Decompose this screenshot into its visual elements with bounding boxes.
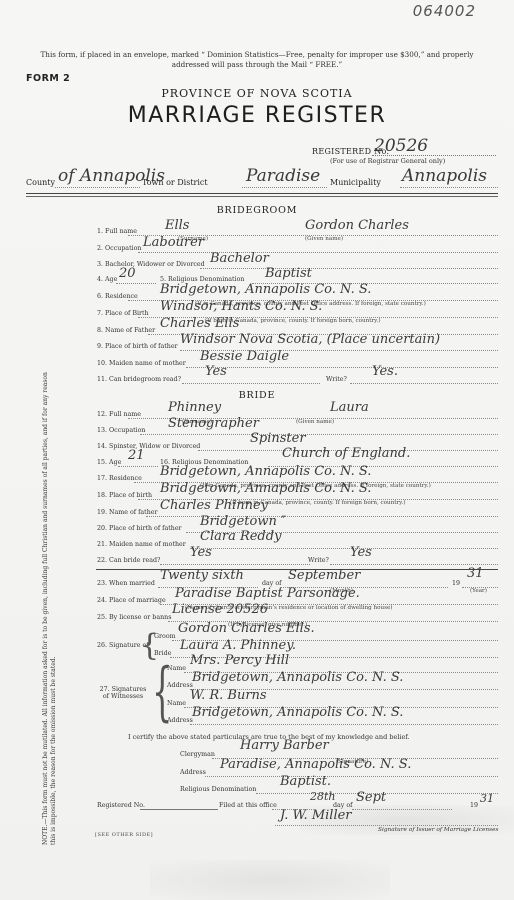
clergyman-value[interactable]: Harry Barber [240, 738, 329, 753]
clergy-denomination-value[interactable]: Baptist. [280, 774, 331, 789]
witness-2-name-value[interactable]: W. R. Burns [190, 688, 267, 703]
witness-2-name-label: Name [167, 700, 186, 707]
groom-occupation-value[interactable]: Labourer [143, 235, 204, 250]
section-heading-bridegroom: BRIDEGROOM [0, 205, 514, 216]
groom-age-label: 4. Age [97, 276, 117, 283]
groom-can-read-label: 11. Can bridegroom read? [97, 376, 181, 383]
groom-can-write-value[interactable]: Yes. [372, 364, 398, 379]
groom-signature-label: Groom [154, 633, 176, 640]
groom-signature-value[interactable]: Gordon Charles Ells. [178, 621, 315, 636]
year-value[interactable]: 31 [467, 566, 484, 581]
witness-2-address-value[interactable]: Bridgetown, Annapolis Co. N. S. [192, 705, 403, 720]
groom-occupation-line [138, 252, 498, 253]
bride-birthplace-value[interactable]: Bridgetown, Annapolis Co. N. S. [160, 481, 371, 496]
groom-father-value[interactable]: Charles Ells [160, 316, 239, 331]
bride-full-name-label: 12. Full name [97, 411, 141, 418]
issuer-signature-line [275, 825, 498, 826]
groom-mother-value[interactable]: Bessie Daigle [200, 349, 289, 364]
paper-smudge [150, 860, 390, 900]
witness-1-name-value[interactable]: Mrs. Percy Hill [190, 653, 289, 668]
county-line [55, 187, 140, 188]
day-value[interactable]: Twenty sixth [160, 568, 244, 583]
divider [26, 196, 498, 197]
filing-registered-no-label: Registered No. [97, 802, 145, 809]
bride-father-value[interactable]: Charles Phinney [160, 498, 268, 513]
filed-at-office-label: Filed at this office [219, 802, 277, 809]
place-of-marriage-label: 24. Place of marriage [97, 597, 166, 604]
filed-year-prefix: 19 [470, 802, 478, 809]
registered-no-note: (For use of Registrar General only) [330, 157, 445, 165]
groom-religion-value[interactable]: Baptist [265, 266, 312, 281]
bride-can-write-value[interactable]: Yes [350, 545, 372, 560]
filed-year-value[interactable]: 31 [480, 792, 494, 805]
county-label: County [26, 178, 55, 187]
groom-residence-label: 6. Residence [97, 293, 138, 300]
groom-full-name-label: 1. Full name [97, 228, 137, 235]
groom-birthplace-value[interactable]: Windsor, Hants Co. N. S. [160, 299, 322, 314]
groom-age-value[interactable]: 20 [119, 266, 136, 281]
municipality-label: Municipality [330, 178, 381, 187]
bride-signature-value[interactable]: Laura A. Phinney. [180, 638, 296, 653]
page-title: MARRIAGE REGISTER [0, 103, 514, 128]
municipality-value[interactable]: Annapolis [402, 166, 487, 186]
bride-mother-line [190, 548, 498, 549]
town-value[interactable]: Paradise [246, 166, 320, 186]
groom-can-write-label: Write? [326, 376, 347, 383]
witnesses-label-text: 27. Signatures of Witnesses [97, 686, 149, 700]
year-caption: (Year) [470, 588, 487, 594]
month-value[interactable]: September [288, 568, 360, 583]
bride-father-birthplace-label: 20. Place of birth of father [97, 525, 182, 532]
bride-birthplace-label: 18. Place of birth [97, 492, 152, 499]
bride-mother-value[interactable]: Clara Reddy [200, 529, 281, 544]
town-label: Town or District [142, 178, 208, 187]
groom-can-write-line [350, 383, 498, 384]
bride-can-write-label: Write? [308, 557, 329, 564]
groom-can-read-value[interactable]: Yes [205, 364, 227, 379]
groom-birthplace-label: 7. Place of Birth [97, 310, 149, 317]
witness-2-address-line [190, 724, 498, 725]
witness-1-address-label: Address [167, 682, 193, 689]
bride-father-line [146, 516, 498, 517]
bride-can-read-value[interactable]: Yes [190, 545, 212, 560]
bride-given-name-value[interactable]: Laura [330, 400, 369, 415]
bride-status-label: 14. Spinster, Widow or Divorced [97, 443, 200, 450]
groom-age-line [116, 283, 156, 284]
bride-residence-label: 17. Residence [97, 475, 142, 482]
archive-reference-number: 064002 [413, 2, 476, 20]
filing-registered-no-line [140, 809, 218, 810]
bride-age-value[interactable]: 21 [128, 448, 145, 463]
bride-age-line [118, 466, 158, 467]
groom-father-birthplace-value[interactable]: Windsor Nova Scotia, (Place uncertain) [180, 332, 440, 347]
bride-residence-value[interactable]: Bridgetown, Annapolis Co. N. S. [160, 464, 371, 479]
town-line [242, 187, 327, 188]
clergy-denomination-label: Religious Denomination [180, 786, 256, 793]
license-value[interactable]: License 20526 [172, 602, 268, 617]
postage-notice: This form, if placed in an envelope, mar… [40, 50, 474, 70]
registered-no-value[interactable]: 20526 [374, 136, 428, 156]
bride-status-value[interactable]: Spinster [250, 431, 306, 446]
witness-2-address-label: Address [167, 717, 193, 724]
groom-father-birthplace-label: 9. Place of birth of father [97, 343, 178, 350]
clergy-address-label: Address [180, 769, 206, 776]
groom-status-label: 3. Bachelor, Widower or Divorced [97, 261, 205, 268]
groom-occupation-label: 2. Occupation [97, 245, 141, 252]
divider [26, 193, 498, 194]
form-number: FORM 2 [26, 73, 70, 84]
province-heading: PROVINCE OF NOVA SCOTIA [0, 87, 514, 100]
issuer-signature-caption: Signature of Issuer of Marriage Licenses [378, 827, 499, 833]
section-heading-bride: BRIDE [0, 390, 514, 401]
bride-occupation-line [140, 434, 498, 435]
given-name-caption: (Given name) [296, 419, 334, 425]
groom-status-value[interactable]: Bachelor [210, 251, 269, 266]
bride-can-write-line [330, 564, 498, 565]
groom-can-read-line [182, 383, 320, 384]
municipality-line [400, 187, 498, 188]
clergyman-label: Clergyman [180, 751, 215, 758]
bride-can-read-line [160, 564, 310, 565]
side-note: NOTE.—This form must not be mutilated. A… [42, 365, 58, 845]
filed-day-value[interactable]: 28th [310, 790, 336, 803]
filed-month-line [352, 809, 452, 810]
issuer-signature-value[interactable]: J. W. Miller [280, 808, 352, 823]
groom-residence-value[interactable]: Bridgetown, Annapolis Co. N. S. [160, 282, 371, 297]
groom-given-name-value[interactable]: Gordon Charles [305, 218, 409, 233]
when-married-label: 23. When married [97, 580, 155, 587]
marriage-register-form: 064002 This form, if placed in an envelo… [0, 0, 514, 900]
clergy-address-line [205, 776, 498, 777]
filed-month-value[interactable]: Sept [356, 790, 386, 805]
groom-status-line [200, 268, 498, 269]
bride-age-label: 15. Age [97, 459, 121, 466]
bride-occupation-label: 13. Occupation [97, 427, 145, 434]
bride-mother-label: 21. Maiden name of mother [97, 541, 186, 548]
license-label: 25. By license or banns [97, 614, 171, 621]
bride-father-birthplace-value[interactable]: Bridgetown ″ [200, 514, 286, 529]
groom-mother-line [186, 367, 498, 368]
groom-mother-label: 10. Maiden name of mother [97, 360, 186, 367]
witness-1-name-label: Name [167, 665, 186, 672]
bride-father-label: 19. Name of father [97, 509, 158, 516]
witnesses-label: 27. Signatures of Witnesses [97, 686, 149, 700]
year-prefix: 19 [452, 580, 460, 587]
bride-can-read-label: 22. Can bride read? [97, 557, 160, 564]
witness-1-address-value[interactable]: Bridgetown, Annapolis Co. N. S. [192, 670, 403, 685]
clergy-address-value[interactable]: Paradise, Annapolis Co. N. S. [220, 757, 411, 772]
see-other-side-note: [SEE OTHER SIDE] [95, 832, 153, 838]
bride-religion-value[interactable]: Church of England. [282, 446, 410, 461]
given-name-caption: (Given name) [305, 236, 343, 242]
groom-father-label: 8. Name of Father [97, 327, 155, 334]
place-of-marriage-value[interactable]: Paradise Baptist Parsonage. [175, 586, 360, 601]
groom-surname-value[interactable]: Ells [165, 218, 189, 233]
bride-surname-value[interactable]: Phinney [168, 400, 221, 415]
bride-occupation-value[interactable]: Stenographer [168, 416, 259, 431]
